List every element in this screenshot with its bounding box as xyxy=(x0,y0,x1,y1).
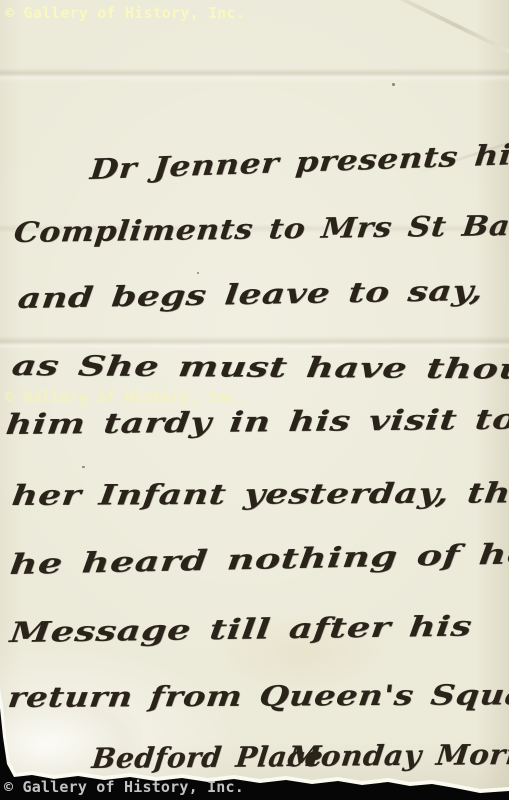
handwritten-line: Dr Jenner presents his xyxy=(88,135,509,191)
letter-photo: © Gallery of History, Inc. © Gallery of … xyxy=(0,0,509,800)
handwritten-line: Monday Morning xyxy=(286,734,509,777)
handwritten-line: her Infant yesterday, that xyxy=(10,473,509,516)
handwritten-line: Message till after his xyxy=(8,607,474,654)
handwritten-line: return from Queen's Square. xyxy=(6,675,509,718)
handwritten-line: him tardy in his visit to xyxy=(4,400,509,445)
handwritten-line: and begs leave to say, xyxy=(16,271,485,319)
handwritten-line: as She must have thought xyxy=(9,346,509,390)
watermark-bottom: © Gallery of History, Inc. xyxy=(4,778,244,796)
handwritten-text: Dr Jenner presents his Compliments to Mr… xyxy=(0,0,509,800)
handwritten-line: he heard nothing of her xyxy=(8,534,509,585)
handwritten-line: Compliments to Mrs St Barbe, xyxy=(12,205,509,253)
